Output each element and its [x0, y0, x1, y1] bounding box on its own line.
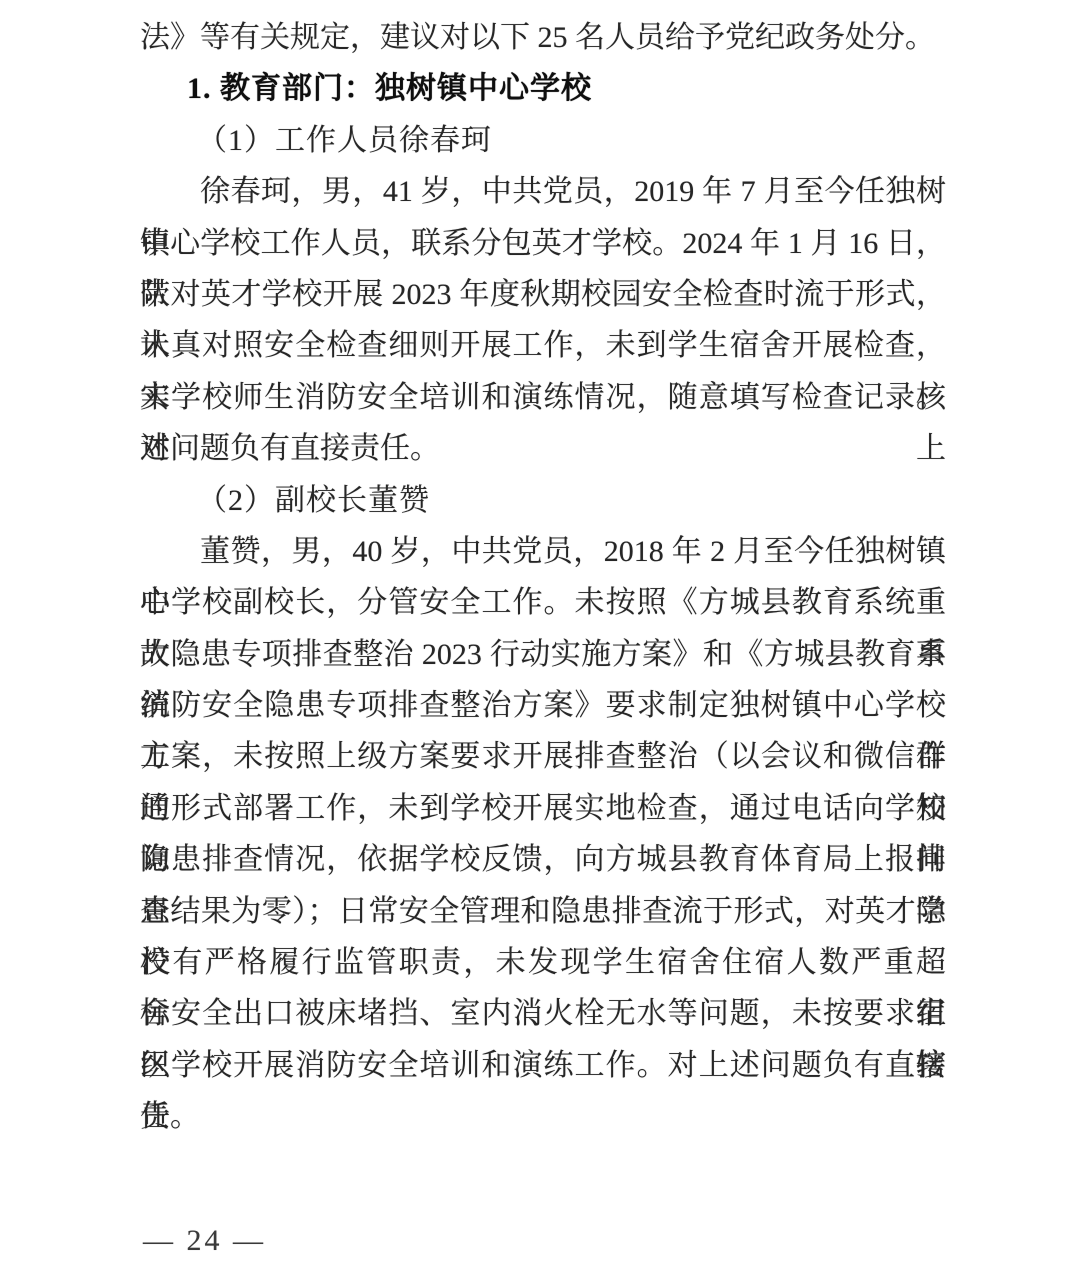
paragraph-line: 舍安全出口被床堵挡、室内消火栓无水等问题，未按要求组织辖: [140, 988, 946, 1039]
paragraph-line: 中心学校工作人员，联系分包英才学校。2024 年 1 月 16 日，带: [140, 218, 946, 269]
paragraph-line: 认真对照安全检查细则开展工作，未到学生宿舍开展检查，未核: [140, 320, 946, 371]
paragraph-line: 消防安全隐患专项排查整治方案》要求制定独树镇中心学校工作: [140, 680, 946, 731]
item-heading: （1）工作人员徐春珂: [140, 115, 946, 166]
paragraph-line: 方案，未按照上级方案要求开展排查整治（以会议和微信群通知: [140, 731, 946, 782]
page-number: — 24 —: [143, 1224, 266, 1257]
paragraph-line: 董赞，男，40 岁，中共党员，2018 年 2 月至今任独树镇中: [140, 526, 946, 577]
paragraph-line: 队对英才学校开展 2023 年度秋期校园安全检查时流于形式，未: [140, 269, 946, 320]
section-heading: 1. 教育部门：独树镇中心学校: [140, 63, 946, 114]
document-page: 法》等有关规定，建议对以下 25 名人员给予党纪政务处分。1. 教育部门：独树镇…: [0, 0, 1080, 1271]
paragraph-line: 实学校师生消防安全培训和演练情况，随意填写检查记录。对上: [140, 372, 946, 423]
document-body: 法》等有关规定，建议对以下 25 名人员给予党纪政务处分。1. 教育部门：独树镇…: [140, 12, 946, 1143]
paragraph-line: 隐患排查情况，依据学校反馈，向方城县教育体育局上报排查隐: [140, 834, 946, 885]
item-heading: （2）副校长董赞: [140, 475, 946, 526]
paragraph-line: 区学校开展消防安全培训和演练工作。对上述问题负有直接责: [140, 1040, 946, 1091]
paragraph-line: 法》等有关规定，建议对以下 25 名人员给予党纪政务处分。: [140, 12, 946, 63]
paragraph-line: 徐春珂，男，41 岁，中共党员，2019 年 7 月至今任独树镇: [140, 166, 946, 217]
paragraph-line: 故隐患专项排查整治 2023 行动实施方案》和《方城县教育系统: [140, 629, 946, 680]
paragraph-line: 的形式部署工作，未到学校开展实地检查，通过电话向学校询问: [140, 783, 946, 834]
paragraph-line: 心学校副校长，分管安全工作。未按照《方城县教育系统重大事: [140, 577, 946, 628]
page-footer: — 24 —: [143, 1224, 266, 1258]
paragraph-line: 任。: [140, 1091, 946, 1142]
paragraph-line: 患结果为零）；日常安全管理和隐患排查流于形式，对英才学校: [140, 886, 946, 937]
paragraph-line: 没有严格履行监管职责，未发现学生宿舍住宿人数严重超标、宿: [140, 937, 946, 988]
